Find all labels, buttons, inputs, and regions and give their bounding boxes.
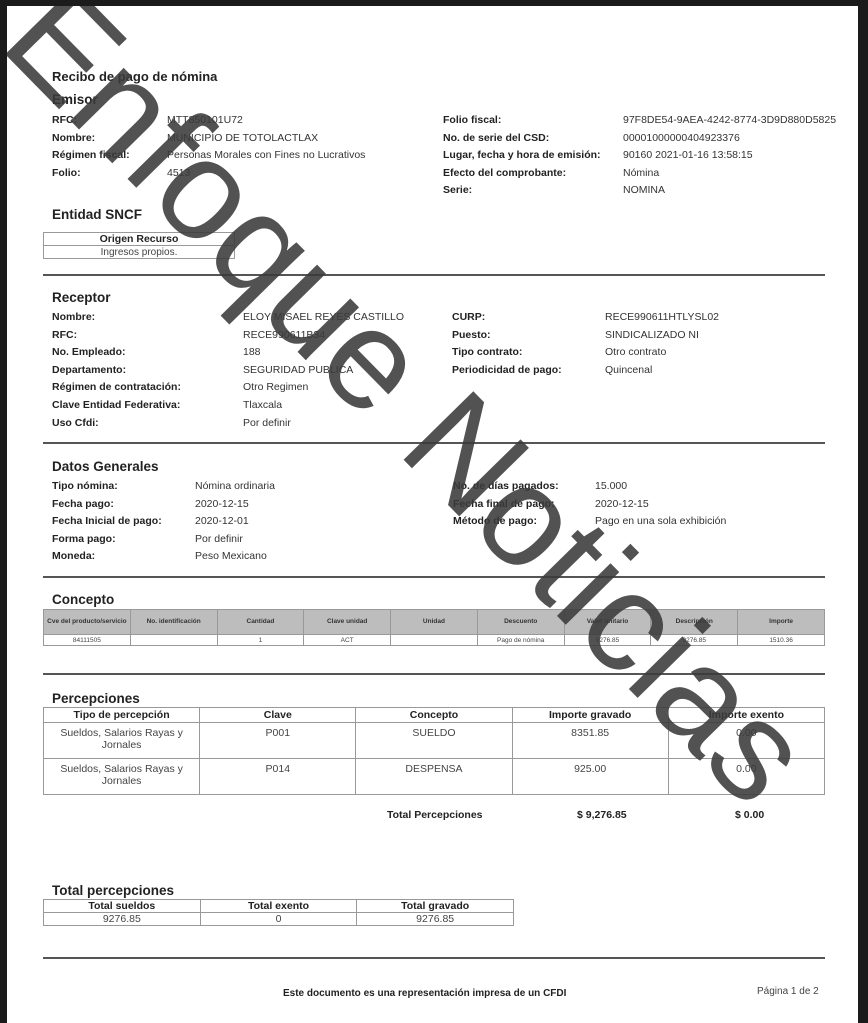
datos-generales-field-value: 2020-12-15 [595,498,649,510]
column-header: Clave [200,708,356,723]
table-cell [391,635,478,646]
column-header: Descuento [477,610,564,635]
emisor-field-label: No. de serie del CSD: [443,132,549,144]
entidad-sncf-heading: Entidad SNCF [52,207,142,222]
table-cell: 8351.85 [512,723,668,759]
emisor-field-label: Efecto del comprobante: [443,167,566,179]
emisor-field-label: Folio fiscal: [443,114,501,126]
receptor-field-label: Periodicidad de pago: [452,364,562,376]
table-cell: 9276.85 [564,635,651,646]
divider [43,673,825,675]
footer-divider [43,957,825,959]
percepciones-heading: Percepciones [52,691,140,706]
receptor-field-value: SEGURIDAD PUBLICA [243,364,353,376]
table-cell: P014 [200,759,356,795]
emisor-field-value: 97F8DE54-9AEA-4242-8774-3D9D880D5825 [623,114,836,126]
table-cell: P001 [200,723,356,759]
table-cell: SUELDO [356,723,512,759]
receptor-field-label: Nombre: [52,311,95,323]
column-header: Concepto [356,708,512,723]
percepciones-table: Tipo de percepciónClaveConceptoImporte g… [43,707,825,795]
column-header: Tipo de percepción [44,708,200,723]
datos-generales-field-label: Fecha final de pago: [453,498,555,510]
table-cell: 9276.85 [357,913,514,926]
column-header: Total sueldos [44,900,201,913]
document-title: Recibo de pago de nómina [52,69,217,84]
datos-generales-field-value: Pago en una sola exhibición [595,515,726,527]
receptor-field-label: Uso Cfdi: [52,417,99,429]
datos-generales-field-value: Peso Mexicano [195,550,267,562]
datos-generales-field-label: No. de días pagados: [453,480,559,492]
datos-generales-field-value: 15.000 [595,480,627,492]
receptor-field-label: RFC: [52,329,77,341]
datos-generales-field-value: 2020-12-15 [195,498,249,510]
emisor-field-value: Nómina [623,167,659,179]
column-header: Clave unidad [304,610,391,635]
receptor-field-value: ELOY MISAEL REYES CASTILLO [243,311,404,323]
table-cell: Pago de nómina [477,635,564,646]
table-cell: DESPENSA [356,759,512,795]
datos-generales-field-label: Fecha pago: [52,498,114,510]
emisor-field-value: 90160 2021-01-16 13:58:15 [623,149,753,161]
document-page: Recibo de pago de nómina Emisor RFC:MTT8… [7,6,858,1023]
receptor-field-value: SINDICALIZADO NI [605,329,699,341]
datos-generales-field-label: Moneda: [52,550,95,562]
footer-note: Este documento es una representación imp… [283,988,566,999]
datos-generales-field-value: Por definir [195,533,243,545]
receptor-field-label: CURP: [452,311,485,323]
datos-generales-field-label: Método de pago: [453,515,537,527]
emisor-field-label: Régimen fiscal: [52,149,130,161]
table-row: 9276.8509276.85 [44,913,514,926]
receptor-field-label: Departamento: [52,364,126,376]
datos-generales-field-label: Forma pago: [52,533,116,545]
datos-generales-field-label: Fecha Inicial de pago: [52,515,162,527]
table-row: 841115051ACTPago de nómina9276.859276.85… [44,635,825,646]
emisor-field-value: Personas Morales con Fines no Lucrativos [167,149,365,161]
page-number: Página 1 de 2 [757,986,819,997]
receptor-field-value: RECE990611B34 [243,329,325,341]
column-header: Total exento [200,900,357,913]
total-exento-amount: $ 0.00 [735,809,764,821]
table-cell: 9276.85 [651,635,738,646]
receptor-field-label: Régimen de contratación: [52,381,181,393]
emisor-field-label: Nombre: [52,132,95,144]
total-gravado-amount: $ 9,276.85 [577,809,627,821]
column-header: Importe [738,610,825,635]
table-cell: 1 [217,635,304,646]
column-header: No. identificación [130,610,217,635]
receptor-field-value: Por definir [243,417,291,429]
emisor-field-label: Serie: [443,184,472,196]
emisor-field-label: Folio: [52,167,81,179]
datos-generales-field-label: Tipo nómina: [52,480,118,492]
column-header: Importe gravado [512,708,668,723]
emisor-heading: Emisor [52,92,98,107]
column-header: Total gravado [357,900,514,913]
receptor-field-value: Otro contrato [605,346,666,358]
origen-recurso-header: Origen Recurso [44,233,235,246]
total-percepciones-label: Total Percepciones [387,809,483,821]
column-header: Valor unitario [564,610,651,635]
concepto-table: Cve del producto/servicioNo. identificac… [43,609,825,646]
table-cell: 925.00 [512,759,668,795]
column-header: Cve del producto/servicio [44,610,131,635]
receptor-field-value: RECE990611HTLYSL02 [605,311,719,323]
datos-generales-heading: Datos Generales [52,459,159,474]
column-header: Unidad [391,610,478,635]
column-header: Importe exento [668,708,824,723]
emisor-field-value: MUNICIPIO DE TOTOLACTLAX [167,132,318,144]
table-cell: 0.00 [668,723,824,759]
receptor-field-label: Tipo contrato: [452,346,522,358]
table-cell: 9276.85 [44,913,201,926]
table-cell: ACT [304,635,391,646]
emisor-field-value: MTT850101U72 [167,114,243,126]
emisor-field-value: 4513 [167,167,190,179]
table-row: Sueldos, Salarios Rayas y JornalesP001SU… [44,723,825,759]
receptor-heading: Receptor [52,290,111,305]
receptor-field-value: Quincenal [605,364,652,376]
emisor-field-label: Lugar, fecha y hora de emisión: [443,149,601,161]
origen-recurso-value: Ingresos propios. [44,246,235,259]
concepto-heading: Concepto [52,592,114,607]
table-cell: Sueldos, Salarios Rayas y Jornales [44,723,200,759]
table-cell [130,635,217,646]
table-row: Sueldos, Salarios Rayas y JornalesP014DE… [44,759,825,795]
receptor-field-label: Puesto: [452,329,491,341]
entidad-sncf-table: Origen Recurso Ingresos propios. [43,232,235,259]
receptor-field-value: Otro Regimen [243,381,308,393]
emisor-field-value: NOMINA [623,184,665,196]
column-header: Descripción [651,610,738,635]
emisor-field-value: 00001000000404923376 [623,132,740,144]
receptor-field-value: 188 [243,346,261,358]
table-cell: 0.00 [668,759,824,795]
divider [43,576,825,578]
total-percepciones-heading: Total percepciones [52,883,174,898]
receptor-field-value: Tlaxcala [243,399,282,411]
table-cell: 84111505 [44,635,131,646]
column-header: Cantidad [217,610,304,635]
datos-generales-field-value: Nómina ordinaria [195,480,275,492]
emisor-field-label: RFC: [52,114,77,126]
total-percepciones-table: Total sueldosTotal exentoTotal gravado 9… [43,899,514,926]
table-cell: 1510.36 [738,635,825,646]
divider [43,442,825,444]
divider [43,274,825,276]
receptor-field-label: No. Empleado: [52,346,126,358]
table-cell: Sueldos, Salarios Rayas y Jornales [44,759,200,795]
datos-generales-field-value: 2020-12-01 [195,515,249,527]
table-cell: 0 [200,913,357,926]
receptor-field-label: Clave Entidad Federativa: [52,399,180,411]
